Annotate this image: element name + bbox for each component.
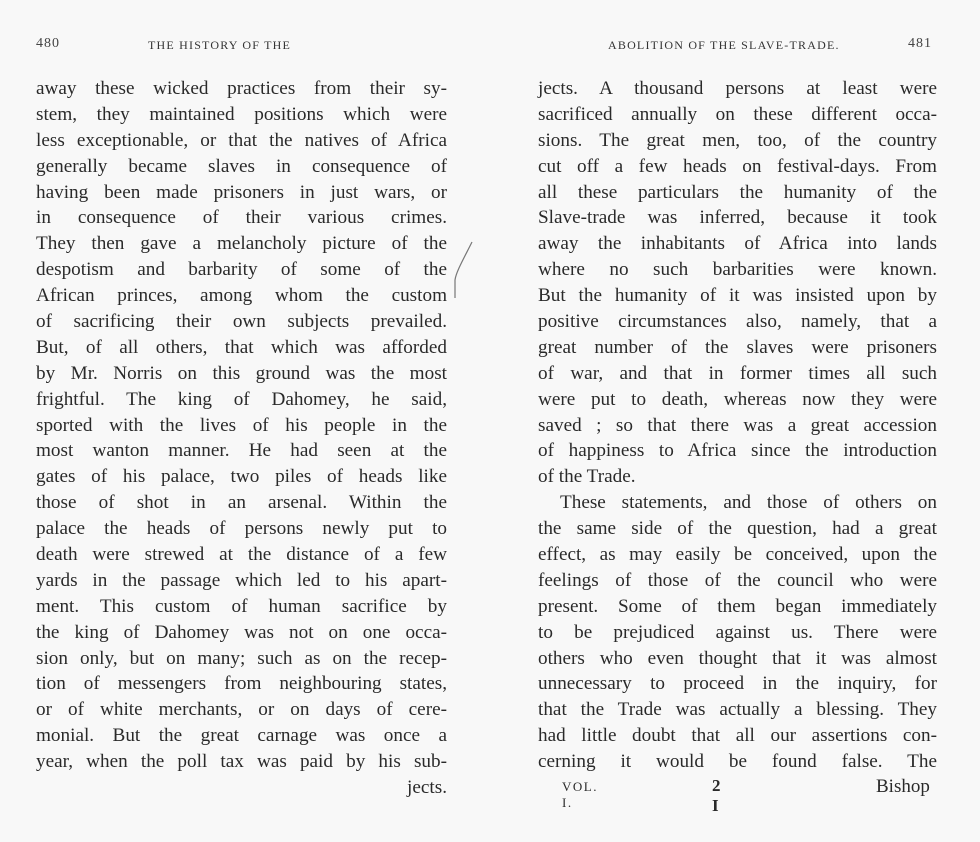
text-line: Slave-trade was inferred, because it too… [538,205,937,231]
page-number: 480 [36,36,60,52]
text-line: that the Trade was actually a blessing. … [538,697,937,723]
left-page: 480 THE HISTORY OF THE away these wicked… [0,0,490,842]
text-line: tion of messengers from neighbouring sta… [36,671,447,697]
catchword: Bishop [876,776,930,798]
body-text: away these wicked practices from their s… [36,76,447,801]
text-line: others who even thought that it was almo… [538,646,937,672]
page-number: 481 [908,36,932,52]
text-line: stem, they maintained positions which we… [36,102,447,128]
text-line: unnecessary to proceed in the inquiry, f… [538,671,937,697]
text-line: generally became slaves in consequence o… [36,154,447,180]
text-line: African princes, among whom the custom [36,283,447,309]
text-line: great number of the slaves were prisoner… [538,335,937,361]
text-line: to be prejudiced against us. There were [538,620,937,646]
text-line: by Mr. Norris on this ground was the mos… [36,361,447,387]
text-line: sion only, but on many; such as on the r… [36,646,447,672]
running-head: ABOLITION OF THE SLAVE-TRADE. [608,38,840,53]
text-line: saved ; so that there was a great access… [538,413,937,439]
text-line: in consequence of their various crimes. [36,205,447,231]
text-line: away the inhabitants of Africa into land… [538,231,937,257]
text-line: But, of all others, that which was affor… [36,335,447,361]
text-line: effect, as may easily be conceived, upon… [538,542,937,568]
text-line: had little doubt that all our assertions… [538,723,937,749]
text-line: sported with the lives of his people in … [36,413,447,439]
text-line: sions. The great men, too, of the countr… [538,128,937,154]
signature-mark: 2 I [712,776,725,816]
text-line: of the Trade. [538,464,937,490]
text-line: were put to death, whereas now they were [538,387,937,413]
text-line: positive circumstances also, namely, tha… [538,309,937,335]
text-line: monial. But the great carnage was once a [36,723,447,749]
text-line: of sacrificing their own subjects prevai… [36,309,447,335]
running-head: THE HISTORY OF THE [148,38,291,53]
text-line: of war, and that in former times all suc… [538,361,937,387]
pencil-margin-mark-icon [450,238,480,308]
text-line: most wanton manner. He had seen at the [36,438,447,464]
paragraph-start-line: These statements, and those of others on [538,490,937,516]
text-line: the same side of the question, had a gre… [538,516,937,542]
text-line: the king of Dahomey was not on one occa- [36,620,447,646]
text-line: frightful. The king of Dahomey, he said, [36,387,447,413]
text-line: yards in the passage which led to his ap… [36,568,447,594]
text-line: jects. [36,775,447,801]
text-line: away these wicked practices from their s… [36,76,447,102]
text-line: feelings of those of the council who wer… [538,568,937,594]
text-line: They then gave a melancholy picture of t… [36,231,447,257]
text-line: all these particulars the humanity of th… [538,180,937,206]
text-line: despotism and barbarity of some of the [36,257,447,283]
text-line: year, when the poll tax was paid by his … [36,749,447,775]
text-line: those of shot in an arsenal. Within the [36,490,447,516]
text-line: sacrificed annually on these different o… [538,102,937,128]
right-page: ABOLITION OF THE SLAVE-TRADE. 481 jects.… [490,0,980,842]
text-line: jects. A thousand persons at least were [538,76,937,102]
volume-label: VOL. I. [562,779,598,811]
text-line: present. Some of them began immediately [538,594,937,620]
body-text: jects. A thousand persons at least were … [538,76,937,775]
text-line: where no such barbarities were known. [538,257,937,283]
text-line: less exceptionable, or that the natives … [36,128,447,154]
text-line: cut off a few heads on festival-days. Fr… [538,154,937,180]
text-line: ment. This custom of human sacrifice by [36,594,447,620]
text-line: But the humanity of it was insisted upon… [538,283,937,309]
text-line: cerning it would be found false. The [538,749,937,775]
text-line: of happiness to Africa since the introdu… [538,438,937,464]
text-line: palace the heads of persons newly put to [36,516,447,542]
text-line: gates of his palace, two piles of heads … [36,464,447,490]
text-line: having been made prisoners in just wars,… [36,180,447,206]
text-line: or of white merchants, or on days of cer… [36,697,447,723]
text-line: death were strewed at the distance of a … [36,542,447,568]
